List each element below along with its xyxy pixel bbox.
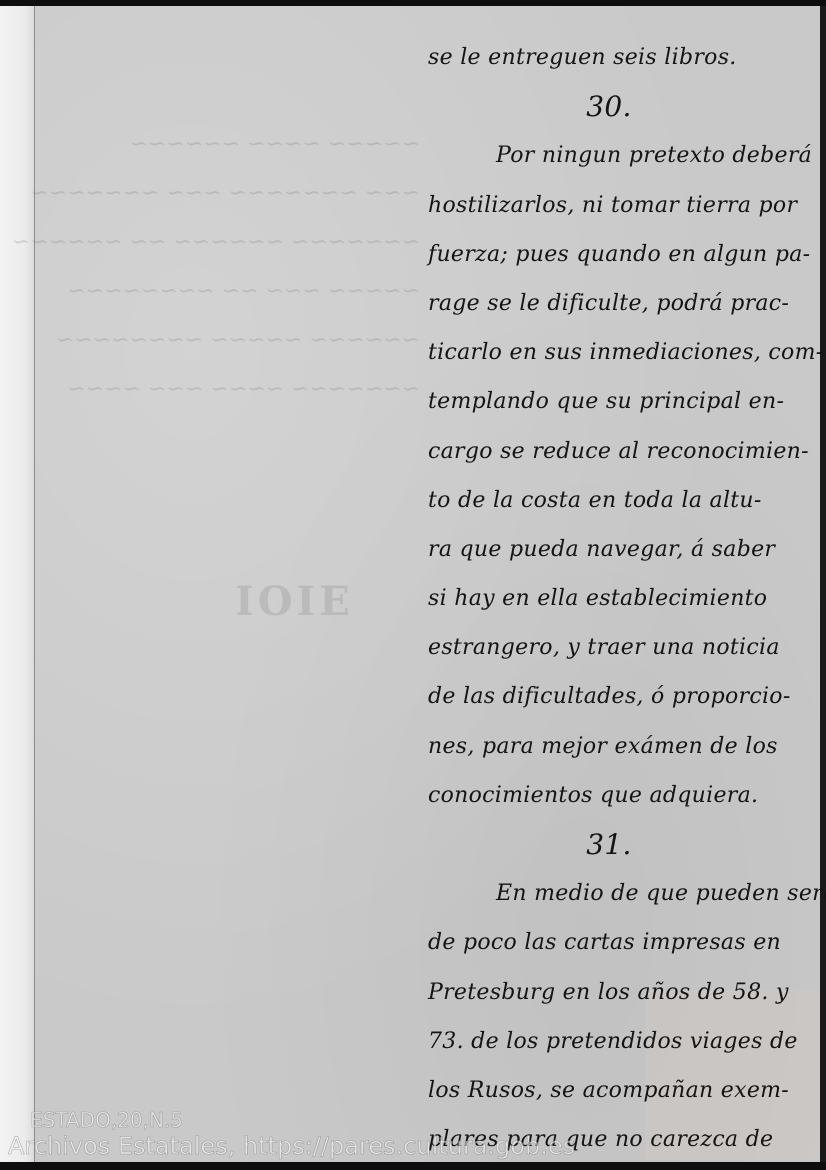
ghost-stamp-mark: IOIE — [235, 578, 354, 625]
text-line: templando que su principal en- — [428, 384, 820, 433]
text-line: nes, para mejor exámen de los — [428, 729, 820, 778]
text-line: fuerza; pues quando en algun pa- — [428, 237, 820, 286]
text-line: ra que pueda navegar, á saber — [428, 532, 820, 581]
text-line: se le entreguen seis libros. — [428, 40, 820, 89]
text-line: cargo se reduce al reconocimien- — [428, 434, 820, 483]
text-line: de poco las cartas impresas en — [428, 925, 820, 974]
text-line: ticarlo en sus inmediaciones, com- — [428, 335, 820, 384]
article-number-31: 31. — [428, 827, 820, 876]
text-line: Por ningun pretexto deberá — [428, 138, 820, 187]
scan-bottom-border — [0, 1162, 826, 1170]
text-line: de las dificultades, ó proporcio- — [428, 679, 820, 728]
scan-right-border — [820, 6, 826, 1162]
text-line: Pretesburg en los años de 58. y — [428, 975, 820, 1024]
text-line: conocimientos que adquiera. — [428, 778, 820, 827]
text-line: los Rusos, se acompañan exem- — [428, 1073, 820, 1122]
text-line: hostilizarlos, ni tomar tierra por — [428, 188, 820, 237]
text-line: estrangero, y traer una noticia — [428, 630, 820, 679]
text-line: 73. de los pretendidos viages de — [428, 1024, 820, 1073]
text-line: rage se le dificulte, podrá prac- — [428, 286, 820, 335]
text-line: si hay en ella establecimiento — [428, 581, 820, 630]
article-number-30: 30. — [428, 89, 820, 138]
left-margin-strip — [0, 6, 36, 1162]
text-line: En medio de que pueden serle — [428, 876, 820, 925]
handwritten-text-column: se le entreguen seis libros. 30. Por nin… — [428, 40, 820, 1170]
text-line: to de la costa en toda la altu- — [428, 483, 820, 532]
